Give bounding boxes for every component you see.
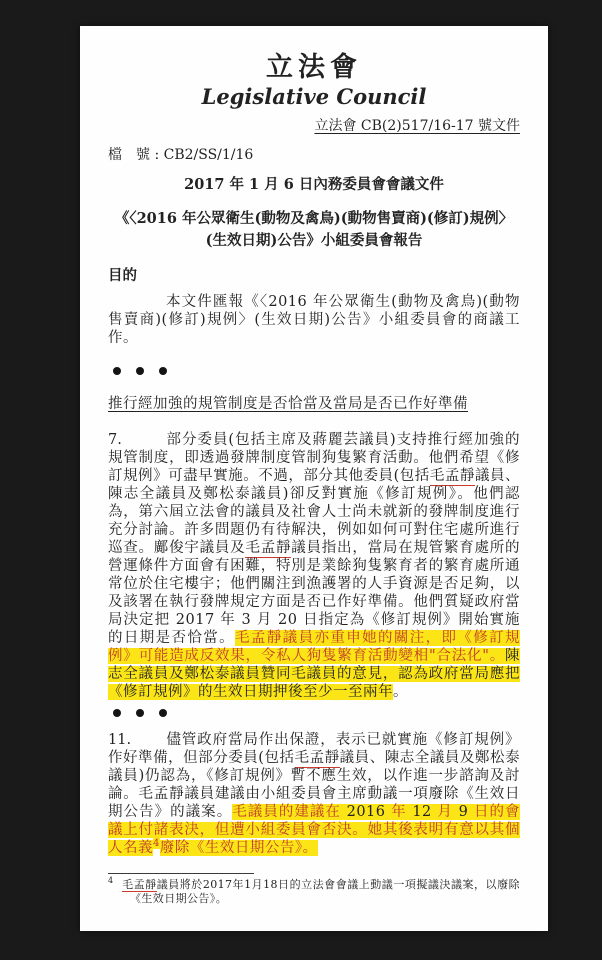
org-title-zh: 立法會 [108, 52, 520, 84]
highlighted-red-text: 廢除《生效日期公告》。 [160, 840, 318, 856]
footnote-reference-4: 4 [153, 838, 160, 849]
member-name-underlined: 毛孟靜 [295, 750, 340, 768]
ellipsis-bullets [108, 367, 520, 375]
paragraph-11-number: 11. [108, 731, 166, 749]
section-heading: 推行經加強的規管制度是否恰當及當局是否已作好準備 [108, 395, 520, 413]
footnote-separator [108, 873, 254, 874]
purpose-heading: 目的 [108, 267, 520, 285]
ellipsis-bullets [108, 709, 520, 717]
highlighted-red-text: 年 [386, 804, 413, 820]
member-name-underlined: 毛孟靜 [245, 540, 291, 558]
paragraph-7-number: 7. [108, 431, 166, 449]
org-title-en: Legislative Council [108, 84, 520, 110]
screenshot-root: { "colors": { "canvas_bg": "#1a1a1a", "p… [0, 0, 602, 960]
bullet-dot [113, 709, 121, 717]
document-page: 立法會 Legislative Council 立法會 CB(2)517/16-… [80, 26, 548, 931]
highlighted-date-number: 2016 [347, 804, 386, 820]
paragraph-7: 7.部分委員(包括主席及蔣麗芸議員)支持推行經加強的規管制度，即透過發牌制度管制… [108, 431, 520, 701]
bullet-dot [159, 367, 167, 375]
bullet-dot [136, 367, 144, 375]
bullet-dot [136, 709, 144, 717]
member-name-underlined: 毛孟靜 [430, 468, 475, 486]
member-name-underlined: 毛孟靜 [122, 878, 157, 892]
purpose-paragraph: 本文件匯報《〈2016 年公眾衛生(動物及禽鳥)(動物售賣商)(修訂)規例〉(生… [108, 293, 520, 347]
bullet-dot [159, 709, 167, 717]
highlighted-red-text: 月 [432, 804, 459, 820]
paragraph-7-text: 。 [393, 684, 408, 700]
bullet-dot [113, 367, 121, 375]
footnote-4-text: 議員將於2017年1月18日的立法會會議上動議一項擬議決議案，以廢除《生效日期公… [130, 878, 520, 905]
highlighted-red-text: 毛議員的建議在 [232, 804, 346, 820]
file-number: 檔 號 : CB2/SS/1/16 [108, 146, 520, 164]
meeting-title: 2017 年 1 月 6 日內務委員會會議文件 [108, 176, 520, 194]
report-title-line1: 《〈2016 年公眾衛生(動物及禽鳥)(動物售賣商)(修訂)規例〉 [108, 208, 520, 230]
document-reference-number: 立法會 CB(2)517/16-17 號文件 [108, 117, 520, 135]
report-title-line2: (生效日期)公告》小組委員會報告 [108, 230, 520, 252]
highlighted-date-number: 12 [412, 804, 431, 820]
footnote-4: 4毛孟靜議員將於2017年1月18日的立法會會議上動議一項擬議決議案，以廢除《生… [108, 878, 520, 906]
paragraph-11: 11.儘管政府當局作出保證，表示已就實施《修訂規例》作好準備，但部分委員(包括毛… [108, 731, 520, 857]
highlighted-date-number: 9 [459, 804, 469, 820]
report-title: 《〈2016 年公眾衛生(動物及禽鳥)(動物售賣商)(修訂)規例〉 (生效日期)… [108, 208, 520, 252]
